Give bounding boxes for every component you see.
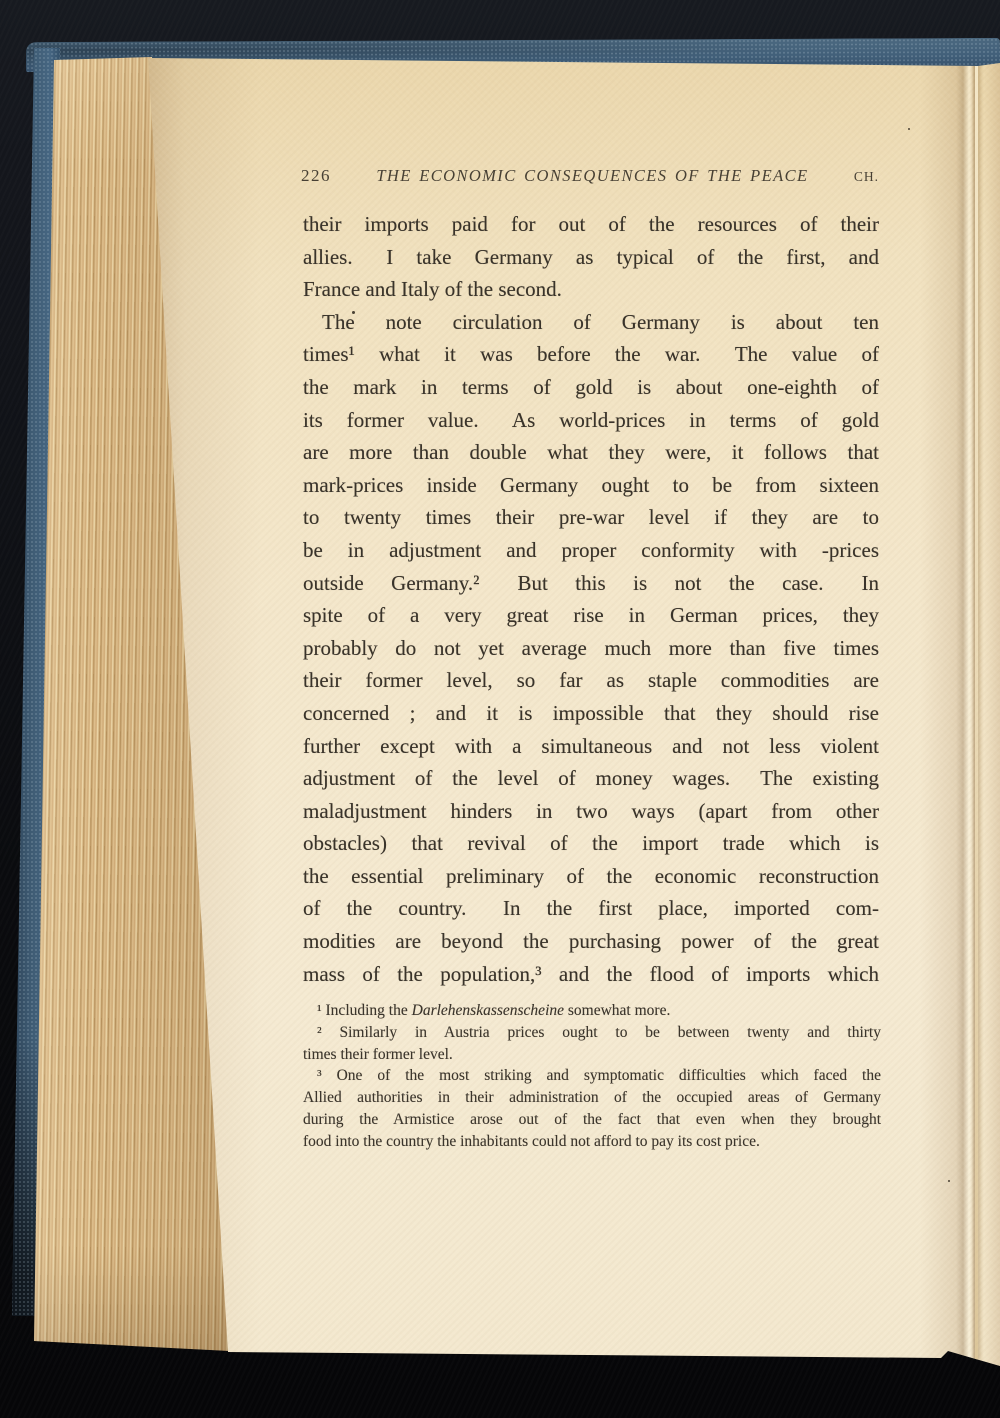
footnote-1-italic-term: Darlehenskassenscheine — [412, 1002, 564, 1019]
footnote-1-pre: ¹ Including the — [317, 1002, 412, 1019]
chapter-abbreviation: CH. — [854, 169, 879, 185]
footnote-1: ¹ Including the Darlehenskassenscheine s… — [303, 1000, 881, 1022]
running-title: THE ECONOMIC CONSEQUENCES OF THE PEACE — [331, 166, 854, 186]
footnote-2-line: ² Similarly in Austria prices ought to b… — [303, 1022, 881, 1044]
footnote-3-line: food into the country the inhabitants co… — [303, 1131, 881, 1153]
book-scan-photo: 226 THE ECONOMIC CONSEQUENCES OF THE PEA… — [0, 0, 1000, 1418]
body-line: maladjustment hinders in two ways (apart… — [303, 795, 879, 828]
body-line: France and Italy of the second. — [303, 273, 879, 306]
running-header: 226 THE ECONOMIC CONSEQUENCES OF THE PEA… — [301, 166, 879, 186]
body-line: probably do not yet average much more th… — [303, 632, 879, 665]
body-line: to twenty times their pre-war level if t… — [303, 501, 879, 534]
paragraph-continuation: their imports paid for out of the resour… — [303, 208, 879, 306]
footnote-2-line: times their former level. — [303, 1044, 881, 1066]
page-number: 226 — [301, 166, 331, 186]
body-line: outside Germany.² But this is not the ca… — [303, 567, 879, 600]
body-line: its former value. As world-prices in ter… — [303, 404, 879, 437]
gutter-fold — [975, 64, 978, 1360]
footnote-3-line: during the Armistice arose out of the fa… — [303, 1109, 881, 1131]
body-line: allies. I take Germany as typical of the… — [303, 241, 879, 274]
body-line: are more than double what they were, it … — [303, 436, 879, 469]
paragraph: The note circulation of Germany is about… — [303, 306, 879, 990]
footnote-3-line: Allied authorities in their administrati… — [303, 1087, 881, 1109]
body-text: their imports paid for out of the resour… — [303, 208, 879, 990]
body-line: be in adjustment and proper conformity w… — [303, 534, 879, 567]
body-line: the mark in terms of gold is about one-e… — [303, 371, 879, 404]
body-line: their imports paid for out of the resour… — [303, 208, 879, 241]
paper-speck — [908, 128, 910, 130]
body-line: the essential preliminary of the economi… — [303, 860, 879, 893]
body-line: further except with a simultaneous and n… — [303, 730, 879, 763]
body-line: of the country. In the first place, impo… — [303, 892, 879, 925]
footnotes: ¹ Including the Darlehenskassenscheine s… — [303, 1000, 881, 1153]
body-line: their former level, so far as staple com… — [303, 664, 879, 697]
body-line: modities are beyond the purchasing power… — [303, 925, 879, 958]
body-line: adjustment of the level of money wages. … — [303, 762, 879, 795]
body-line: concerned ; and it is impossible that th… — [303, 697, 879, 730]
footnote-3-line: ³ One of the most striking and symptomat… — [303, 1065, 881, 1087]
body-line: mass of the population,³ and the flood o… — [303, 958, 879, 991]
body-line: spite of a very great rise in German pri… — [303, 599, 879, 632]
body-line: The note circulation of Germany is about… — [303, 306, 879, 339]
body-line: obstacles) that revival of the import tr… — [303, 827, 879, 860]
body-line: times¹ what it was before the war. The v… — [303, 338, 879, 371]
body-line: mark-prices inside Germany ought to be f… — [303, 469, 879, 502]
paper-speck — [948, 1180, 950, 1182]
footnote-1-post: somewhat more. — [564, 1002, 670, 1019]
